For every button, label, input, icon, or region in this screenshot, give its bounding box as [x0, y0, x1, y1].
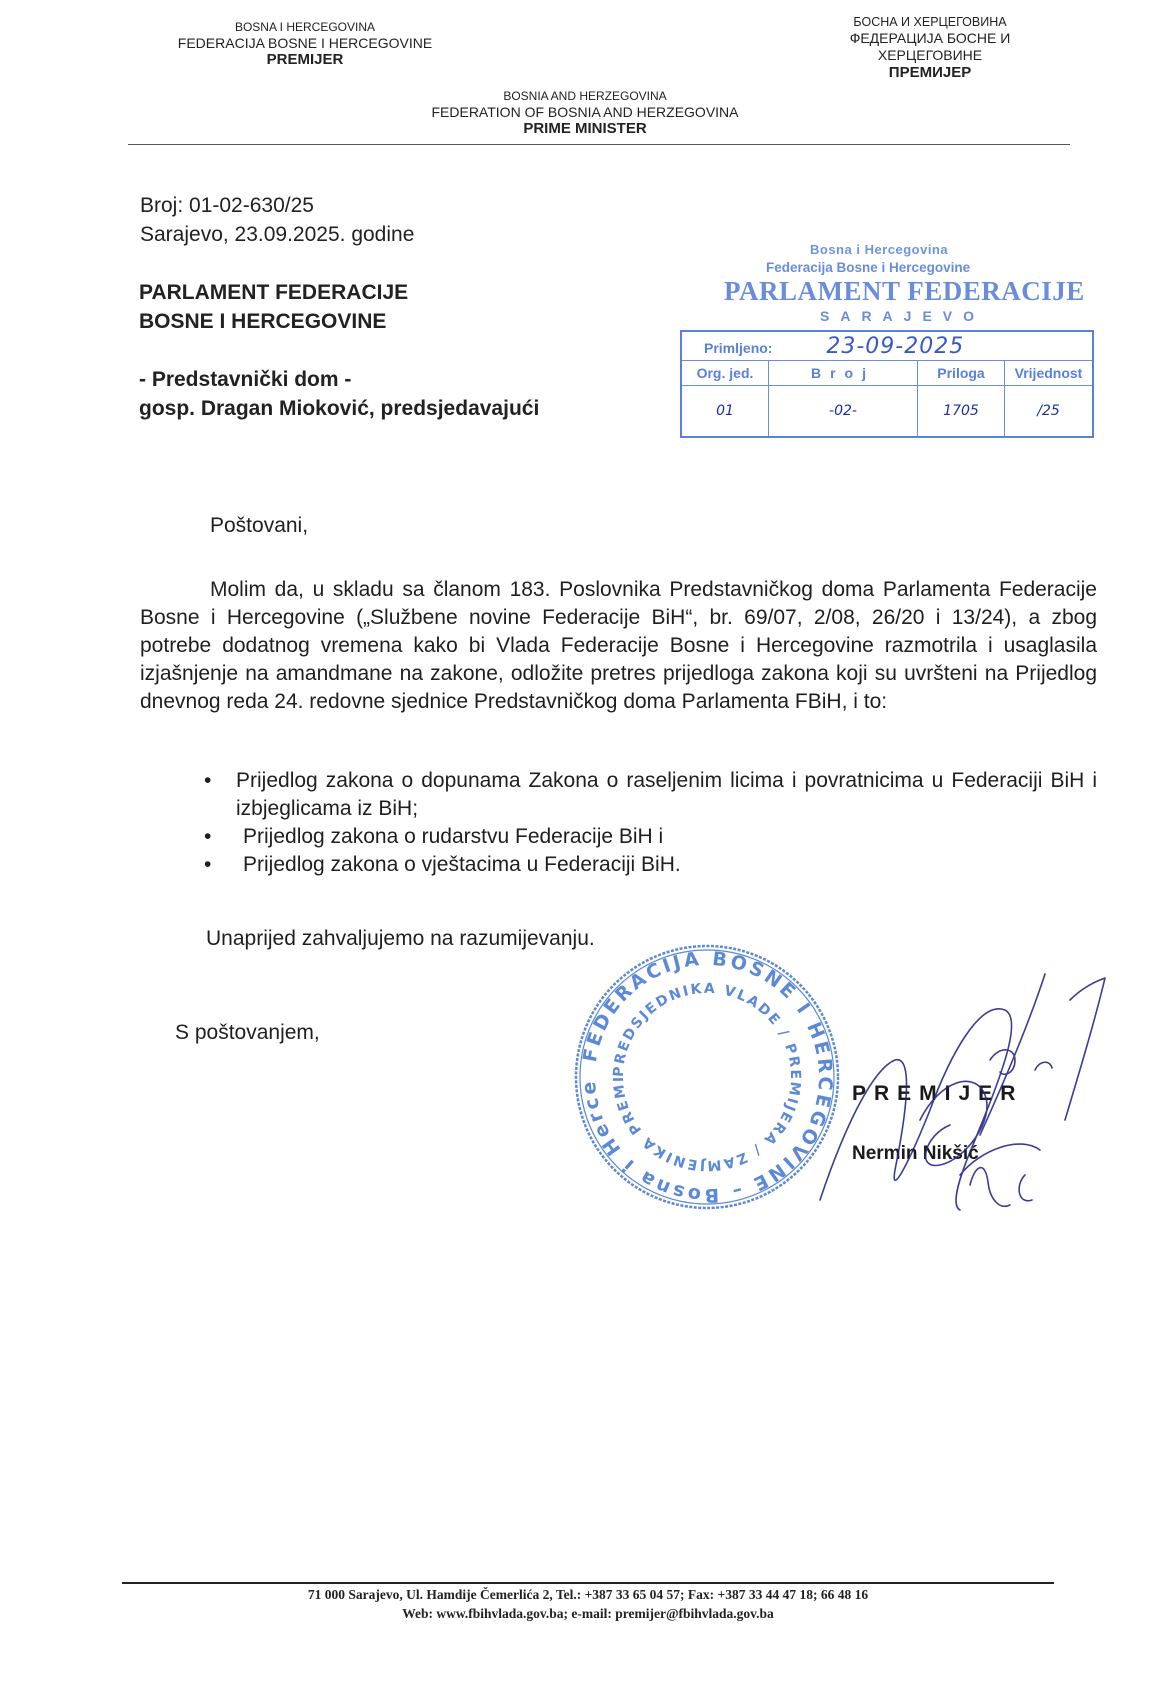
list-item: •Prijedlog zakona o dopunama Zakona o ra… — [180, 767, 1097, 823]
official-seal-icon: FEDERACIJA BOSNE I HERCEGOVINE – Bosna i… — [572, 942, 842, 1212]
stamp-country: Bosna i Hercegovina — [810, 242, 948, 257]
closing-line: Unaprijed zahvaljujemo na razumijevanju. — [206, 925, 595, 953]
receipt-stamp: Bosna i Hercegovina Federacija Bosne i H… — [660, 240, 1100, 450]
bullet-icon: • — [204, 767, 211, 795]
stamp-city: SARAJEVO — [820, 308, 985, 324]
footer-web-email: Web: www.fbihvlada.gov.ba; e-mail: premi… — [122, 1606, 1054, 1622]
bullet-icon: • — [204, 823, 211, 851]
letterhead-office-cyr: ПРЕМИЈЕР — [820, 64, 1040, 82]
letterhead-entity: FEDERACIJA BOSNE I HERCEGOVINE — [160, 35, 450, 51]
stamp-col-value: Vrijednost — [1005, 361, 1094, 386]
stamp-val-number: -02- — [769, 386, 918, 438]
stamp-entity: Federacija Bosne i Hercegovine — [766, 260, 970, 275]
stamp-registry-table: Primljeno: 23-09-2025 Org. jed. Broj Pri… — [680, 330, 1094, 438]
document-number: Broj: 01-02-630/25 — [140, 191, 314, 220]
letterhead-entity-cyr-2: ХЕРЦЕГОВИНЕ — [820, 47, 1040, 64]
signatory-title: PREMIJER — [852, 1082, 1023, 1106]
stamp-col-number: Broj — [769, 361, 918, 386]
stamp-val-value: /25 — [1005, 386, 1094, 438]
letterhead-country-en: BOSNIA AND HERZEGOVINA — [400, 89, 770, 104]
signatory-name: Nermin Nikšić — [852, 1143, 979, 1165]
stamp-received-label: Primljeno: — [704, 340, 772, 356]
footer-divider — [122, 1582, 1054, 1584]
stamp-val-org: 01 — [681, 386, 769, 438]
recipient-house: - Predstavnički dom - — [139, 365, 351, 394]
recipient-institution-1: PARLAMENT FEDERACIJE — [139, 278, 408, 307]
stamp-received-date: 23-09-2025 — [826, 334, 964, 359]
recipient-institution-2: BOSNE I HERCEGOVINE — [139, 307, 386, 336]
letterhead-entity-en: FEDERATION OF BOSNIA AND HERZEGOVINA — [400, 104, 770, 120]
list-item: •Prijedlog zakona o rudarstvu Federacije… — [180, 823, 1097, 851]
recipient-person: gosp. Dragan Mioković, predsjedavajući — [139, 394, 539, 423]
stamp-institution: PARLAMENT FEDERACIJE — [724, 276, 1085, 307]
letterhead-office: PREMIJER — [160, 51, 450, 69]
letterhead-country-cyr: БОСНА И ХЕРЦЕГОВИНА — [820, 14, 1040, 30]
letterhead-latin: BOSNA I HERCEGOVINA FEDERACIJA BOSNE I H… — [160, 20, 450, 69]
list-item: •Prijedlog zakona o vještacima u Federac… — [180, 851, 1097, 879]
header-divider — [128, 144, 1070, 145]
bullet-icon: • — [204, 851, 211, 879]
stamp-col-attachments: Priloga — [918, 361, 1005, 386]
stamp-val-attachments: 1705 — [918, 386, 1005, 438]
letterhead-entity-cyr-1: ФЕДЕРАЦИЈА БОСНЕ И — [820, 30, 1040, 47]
stamp-received-row: Primljeno: 23-09-2025 — [681, 331, 1093, 361]
body-paragraph: Molim da, u skladu sa članom 183. Poslov… — [140, 576, 1097, 716]
letterhead-cyrillic: БОСНА И ХЕРЦЕГОВИНА ФЕДЕРАЦИЈА БОСНЕ И Х… — [820, 14, 1040, 82]
salutation: Poštovani, — [210, 512, 308, 540]
stamp-col-org: Org. jed. — [681, 361, 769, 386]
bill-list: •Prijedlog zakona o dopunama Zakona o ra… — [180, 767, 1097, 879]
footer-address: 71 000 Sarajevo, Ul. Hamdije Čemerlića 2… — [122, 1587, 1054, 1603]
letterhead-english: BOSNIA AND HERZEGOVINA FEDERATION OF BOS… — [400, 89, 770, 138]
document-place-date: Sarajevo, 23.09.2025. godine — [140, 220, 414, 249]
regards-line: S poštovanjem, — [175, 1019, 320, 1047]
letterhead-office-en: PRIME MINISTER — [400, 120, 770, 138]
letterhead-country: BOSNA I HERCEGOVINA — [160, 20, 450, 35]
